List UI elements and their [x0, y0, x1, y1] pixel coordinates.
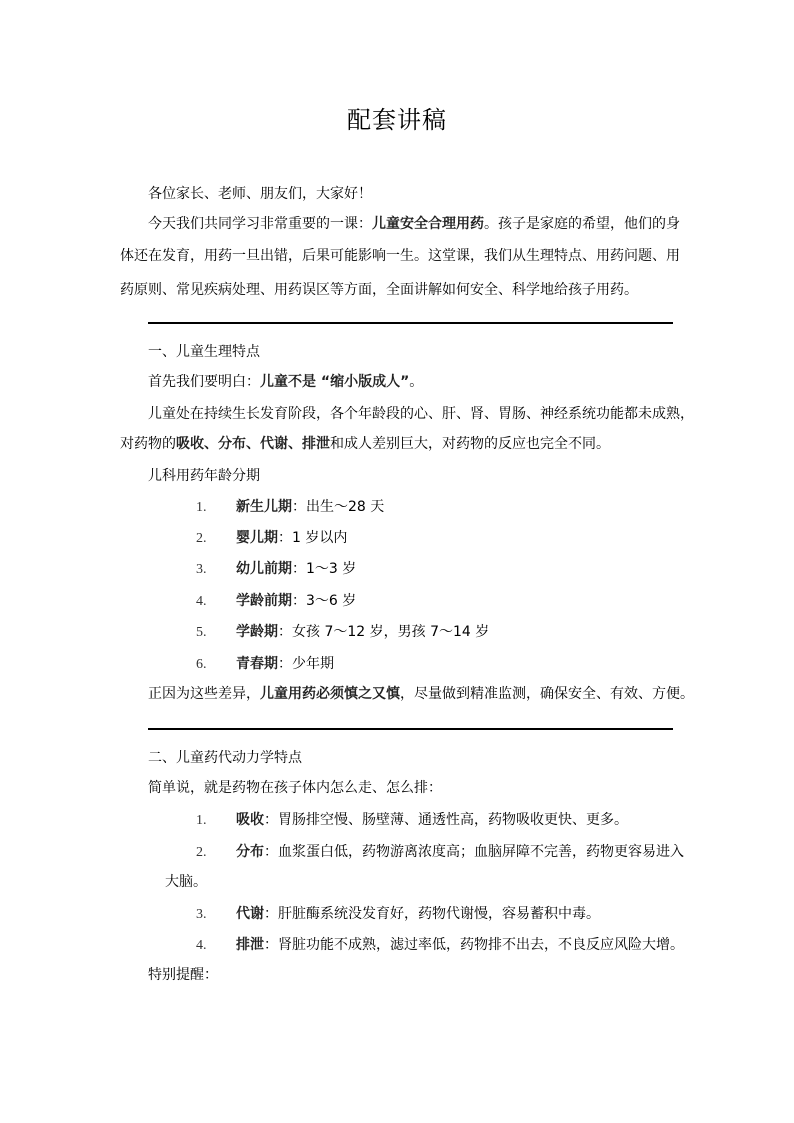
list-term: 吸收: [236, 812, 264, 828]
list-desc: ：3～6 岁: [292, 593, 356, 609]
list-term: 青春期: [236, 656, 278, 672]
list-number: 6.: [196, 655, 236, 675]
list-term: 学龄期: [236, 624, 278, 640]
list-number: 4.: [196, 592, 236, 612]
list-desc: ：胃肠排空慢、肠壁薄、通透性高，药物吸收更快、更多。: [264, 812, 628, 828]
list-number: 3.: [196, 905, 236, 925]
list-number: 4.: [196, 936, 236, 956]
list-number: 5.: [196, 623, 236, 643]
list-item: 4.排泄：肾脏功能不成熟，滤过率低，药物排不出去，不良反应风险大增。: [196, 935, 684, 956]
document-page: 配套讲稿 各位家长、老师、朋友们，大家好！ 今天我们共同学习非常重要的一课：儿童…: [0, 0, 794, 1123]
page-title: 配套讲稿: [0, 100, 794, 135]
paragraph-text: 首先我们要明白：: [148, 374, 260, 390]
list-term: 代谢: [236, 906, 264, 922]
list-item: 2.婴儿期：1 岁以内: [196, 528, 347, 549]
list-number: 2.: [196, 529, 236, 549]
list-term: 新生儿期: [236, 499, 292, 515]
list-desc: ：肾脏功能不成熟，滤过率低，药物排不出去，不良反应风险大增。: [264, 937, 684, 953]
list-item: 1.吸收：胃肠排空慢、肠壁薄、通透性高，药物吸收更快、更多。: [196, 810, 628, 831]
paragraph-text: 和成人差别巨大，对药物的反应也完全不同。: [330, 436, 610, 452]
intro-emphasis: 儿童安全合理用药: [372, 216, 484, 232]
intro-line-3: 药原则、常见疾病处理、用药误区等方面，全面讲解如何安全、科学地给孩子用药。: [120, 280, 638, 300]
list-number: 1.: [196, 811, 236, 831]
section-1-conclusion: 正因为这些差异，儿童用药必须慎之又慎，尽量做到精准监测，确保安全、有效、方便。: [148, 684, 694, 704]
special-reminder-label: 特别提醒：: [148, 965, 218, 985]
list-term: 幼儿前期: [236, 561, 292, 577]
greeting: 各位家长、老师、朋友们，大家好！: [148, 184, 372, 204]
list-desc: ：肝脏酶系统没发育好，药物代谢慢，容易蓄积中毒。: [264, 906, 600, 922]
intro-text: 。孩子是家庭的希望，他们的身: [484, 216, 680, 232]
paragraph-text: 对药物的: [120, 436, 176, 452]
list-item: 1.新生儿期：出生～28 天: [196, 497, 384, 518]
list-item: 3.代谢：肝脏酶系统没发育好，药物代谢慢，容易蓄积中毒。: [196, 904, 600, 925]
paragraph-text: 。: [409, 374, 423, 390]
list-item: 2.分布：血浆蛋白低，药物游离浓度高；血脑屏障不完善，药物更容易进入: [196, 842, 684, 863]
list-number: 3.: [196, 560, 236, 580]
list-desc: ：1 岁以内: [278, 530, 347, 546]
list-item: 4.学龄前期：3～6 岁: [196, 591, 356, 612]
list-item: 3.幼儿前期：1～3 岁: [196, 559, 356, 580]
list-item: 5.学龄期：女孩 7～12 岁，男孩 7～14 岁: [196, 622, 489, 643]
list-item-continuation: 大脑。: [165, 872, 207, 892]
intro-line-1: 今天我们共同学习非常重要的一课：儿童安全合理用药。孩子是家庭的希望，他们的身: [148, 214, 680, 234]
paragraph-text: 正因为这些差异，: [148, 686, 260, 702]
list-item: 6.青春期：少年期: [196, 654, 334, 675]
list-term: 学龄前期: [236, 593, 292, 609]
section-1-paragraph-1: 首先我们要明白：儿童不是 “缩小版成人”。: [148, 372, 423, 392]
section-2-intro: 简单说，就是药物在孩子体内怎么走、怎么排：: [148, 778, 442, 798]
section-divider: [148, 322, 673, 324]
section-divider: [148, 728, 673, 730]
age-periods-heading: 儿科用药年龄分期: [148, 466, 260, 486]
section-2-heading: 二、儿童药代动力学特点: [148, 748, 302, 768]
list-number: 2.: [196, 843, 236, 863]
paragraph-emphasis: 儿童用药必须慎之又慎: [260, 686, 400, 702]
paragraph-text: ，尽量做到精准监测，确保安全、有效、方便。: [400, 686, 694, 702]
paragraph-emphasis: 吸收、分布、代谢、排泄: [176, 436, 330, 452]
list-desc: ：1～3 岁: [292, 561, 356, 577]
list-desc: ：少年期: [278, 656, 334, 672]
intro-line-2: 体还在发育，用药一旦出错，后果可能影响一生。这堂课，我们从生理特点、用药问题、用: [120, 246, 680, 266]
section-1-heading: 一、儿童生理特点: [148, 342, 260, 362]
intro-text: 今天我们共同学习非常重要的一课：: [148, 216, 372, 232]
list-term: 排泄: [236, 937, 264, 953]
section-1-paragraph-2-line-2: 对药物的吸收、分布、代谢、排泄和成人差别巨大，对药物的反应也完全不同。: [120, 434, 610, 454]
paragraph-emphasis: 儿童不是 “缩小版成人”: [260, 374, 409, 390]
section-1-paragraph-2-line-1: 儿童处在持续生长发育阶段，各个年龄段的心、肝、肾、胃肠、神经系统功能都未成熟，: [148, 404, 694, 424]
list-desc: ：血浆蛋白低，药物游离浓度高；血脑屏障不完善，药物更容易进入: [264, 844, 684, 860]
list-number: 1.: [196, 498, 236, 518]
list-term: 分布: [236, 844, 264, 860]
list-term: 婴儿期: [236, 530, 278, 546]
list-desc: ：出生～28 天: [292, 499, 384, 515]
list-desc: ：女孩 7～12 岁，男孩 7～14 岁: [278, 624, 489, 640]
